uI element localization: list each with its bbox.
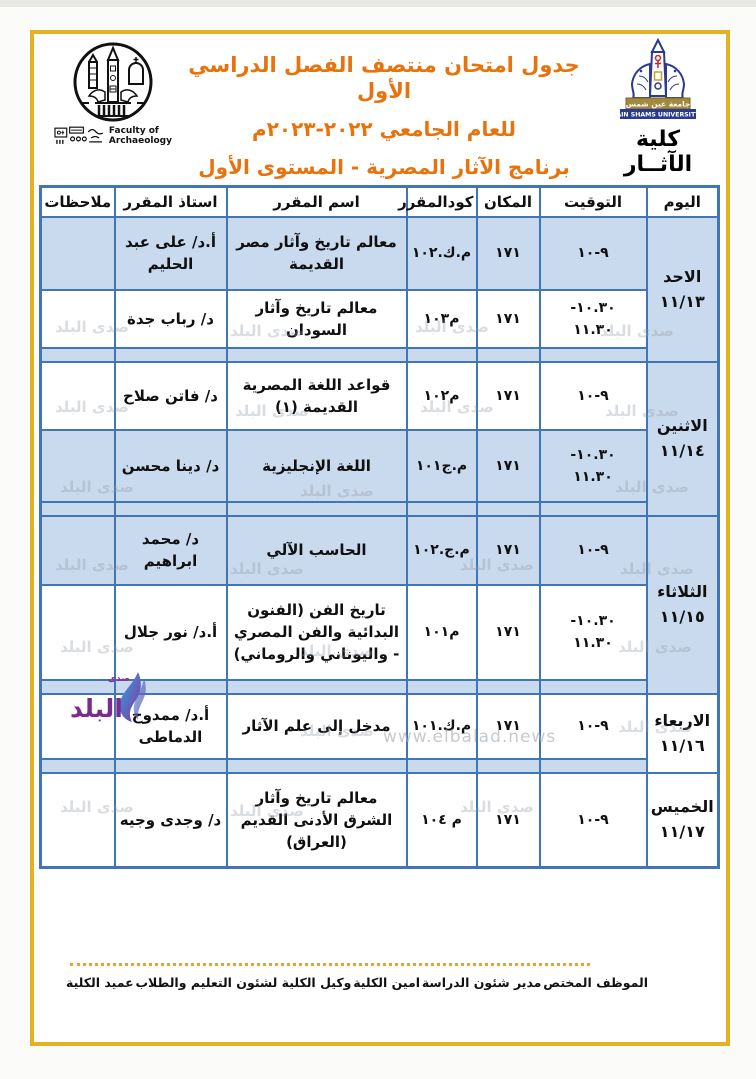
table-row: الخميس ١١/١٧ ٩-١٠ ١٧١ م ١٠٤ معالم تاريخ … [41,773,719,868]
notes-cell [41,585,115,680]
code-cell: م١٠١ [407,585,477,680]
signatory-staff: الموظف المختص [543,975,648,990]
place-cell: ١٧١ [477,585,540,680]
table-row: ١٠.٣٠- ١١.٣٠ ١٧١ م.ج١٠١ اللغة الإنجليزية… [41,430,719,502]
faculty-logo: Faculty of Archaeology [54,40,172,146]
day-date: ١١/١٤ [650,440,716,462]
university-emblem-icon: جامعة عين شمس AIN SHAMS UNIVERSITY [605,38,711,122]
day-date: ١١/١٦ [650,735,716,757]
course-cell: معالم تاريخ وآثار الشرق الأدنى القديم (ا… [227,773,407,868]
code-cell: م ١٠٤ [407,773,477,868]
time-cell: ١٠.٣٠- ١١.٣٠ [540,290,647,348]
signature-divider [70,963,590,966]
col-header-code: كودالمقرر [407,187,477,217]
day-name: الاحد [650,266,716,288]
col-header-time: التوقيت [540,187,647,217]
notes-cell [41,217,115,290]
professor-cell: د/ دينا محسن [115,430,227,502]
university-banner-arabic: جامعة عين شمس [626,100,691,109]
time-cell: ٩-١٠ [540,516,647,585]
course-cell: معالم تاريخ وآثار السودان [227,290,407,348]
professor-cell: د/ رباب جدة [115,290,227,348]
day-date: ١١/١٧ [650,821,716,843]
separator-row [41,348,719,362]
time-cell: ١٠.٣٠- ١١.٣٠ [540,430,647,502]
col-header-notes: ملاحظات [41,187,115,217]
professor-cell: د/ محمد ابراهيم [115,516,227,585]
day-name: الخميس [650,796,716,818]
day-date: ١١/١٣ [650,291,716,313]
course-cell: مدخل إلى علم الآثار [227,694,407,759]
place-cell: ١٧١ [477,362,540,430]
title-line-1: جدول امتحان منتصف الفصل الدراسي الأول [184,52,584,104]
place-cell: ١٧١ [477,430,540,502]
day-name: الاربعاء [650,710,716,732]
code-cell: م١٠٢ [407,362,477,430]
course-cell: اللغة الإنجليزية [227,430,407,502]
code-cell: م.ج١٠١ [407,430,477,502]
separator-row [41,759,719,773]
day-name: الاثنين [650,415,716,437]
title-line-2: للعام الجامعي ٢٠٢٢-٢٠٢٣م [184,117,584,142]
table-row: الاثنين ١١/١٤ ٩-١٠ ١٧١ م١٠٢ قواعد اللغة … [41,362,719,430]
course-cell: تاريخ الفن (الفنون البدائية والفن المصري… [227,585,407,680]
hieroglyphs-icon [54,126,105,146]
code-cell: م.ك.١٠٢ [407,217,477,290]
code-cell: م.ك.١٠١ [407,694,477,759]
col-header-professor: استاذ المقرر [115,187,227,217]
faculty-caption-line1: Faculty of [109,126,172,136]
university-logo: جامعة عين شمس AIN SHAMS UNIVERSITY كلية … [598,38,718,177]
col-header-place: المكان [477,187,540,217]
page-frame: Faculty of Archaeology جدول امتحان منتصف… [30,30,730,1046]
table-row: ١٠.٣٠- ١١.٣٠ ١٧١ م١٠١ تاريخ الفن (الفنون… [41,585,719,680]
place-cell: ١٧١ [477,290,540,348]
separator-row [41,680,719,694]
day-name: الثلاثاء [650,581,716,603]
day-cell-wednesday: الاربعاء ١١/١٦ [647,694,719,773]
table-row: الثلاثاء ١١/١٥ ٩-١٠ ١٧١ م.ج.١٠٢ الحاسب ا… [41,516,719,585]
document-title: جدول امتحان منتصف الفصل الدراسي الأول لل… [184,52,584,180]
table-row: الاحد ١١/١٣ ٩-١٠ ١٧١ م.ك.١٠٢ معالم تاريخ… [41,217,719,290]
professor-cell: د/ وجدى وجيه [115,773,227,868]
signatory-vice-dean: وكيل الكلية لشئون التعليم والطلاب [135,975,351,990]
professor-cell: د/ فاتن صلاح [115,362,227,430]
signatory-faculty-secretary: امين الكلية [353,975,420,990]
code-cell: م.ج.١٠٢ [407,516,477,585]
place-cell: ١٧١ [477,773,540,868]
time-cell: ١٠.٣٠- ١١.٣٠ [540,585,647,680]
faculty-logo-caption: Faculty of Archaeology [109,126,172,146]
signatory-dean: عميد الكلية [66,975,134,990]
notes-cell [41,430,115,502]
professor-cell: أ.د/ نور جلال [115,585,227,680]
day-cell-monday: الاثنين ١١/١٤ [647,362,719,516]
scan-edge [0,0,756,7]
place-cell: ١٧١ [477,694,540,759]
professor-cell: أ.د/ على عبد الحليم [115,217,227,290]
separator-row [41,502,719,516]
day-date: ١١/١٥ [650,606,716,628]
course-cell: معالم تاريخ وآثار مصر القديمة [227,217,407,290]
day-cell-sunday: الاحد ١١/١٣ [647,217,719,362]
code-cell: م١٠٣ [407,290,477,348]
day-cell-thursday: الخميس ١١/١٧ [647,773,719,868]
faculty-emblem-icon [63,40,163,126]
notes-cell [41,516,115,585]
time-cell: ٩-١٠ [540,694,647,759]
col-header-course: اسم المقرر [227,187,407,217]
place-cell: ١٧١ [477,516,540,585]
signatory-study-director: مدير شئون الدراسة [422,975,542,990]
notes-cell [41,694,115,759]
notes-cell [41,773,115,868]
signature-row: الموظف المختص مدير شئون الدراسة امين الك… [66,975,648,990]
table-row: ١٠.٣٠- ١١.٣٠ ١٧١ م١٠٣ معالم تاريخ وآثار … [41,290,719,348]
university-banner-english: AIN SHAMS UNIVERSITY [616,112,700,119]
time-cell: ٩-١٠ [540,217,647,290]
course-cell: الحاسب الآلي [227,516,407,585]
professor-cell: أ.د/ ممدوح الدماطى [115,694,227,759]
table-header-row: اليوم التوقيت المكان كودالمقرر اسم المقر… [41,187,719,217]
table-row: الاربعاء ١١/١٦ ٩-١٠ ١٧١ م.ك.١٠١ مدخل إلى… [41,694,719,759]
faculty-name-arabic: كلية الآثــار [598,127,718,177]
time-cell: ٩-١٠ [540,773,647,868]
exam-schedule-table: اليوم التوقيت المكان كودالمقرر اسم المقر… [39,185,720,869]
notes-cell [41,290,115,348]
title-line-3: برنامج الآثار المصرية - المستوى الأول [184,155,584,180]
place-cell: ١٧١ [477,217,540,290]
faculty-caption-line2: Archaeology [109,136,172,146]
time-cell: ٩-١٠ [540,362,647,430]
notes-cell [41,362,115,430]
col-header-day: اليوم [647,187,719,217]
course-cell: قواعد اللغة المصرية القديمة (١) [227,362,407,430]
day-cell-tuesday: الثلاثاء ١١/١٥ [647,516,719,694]
